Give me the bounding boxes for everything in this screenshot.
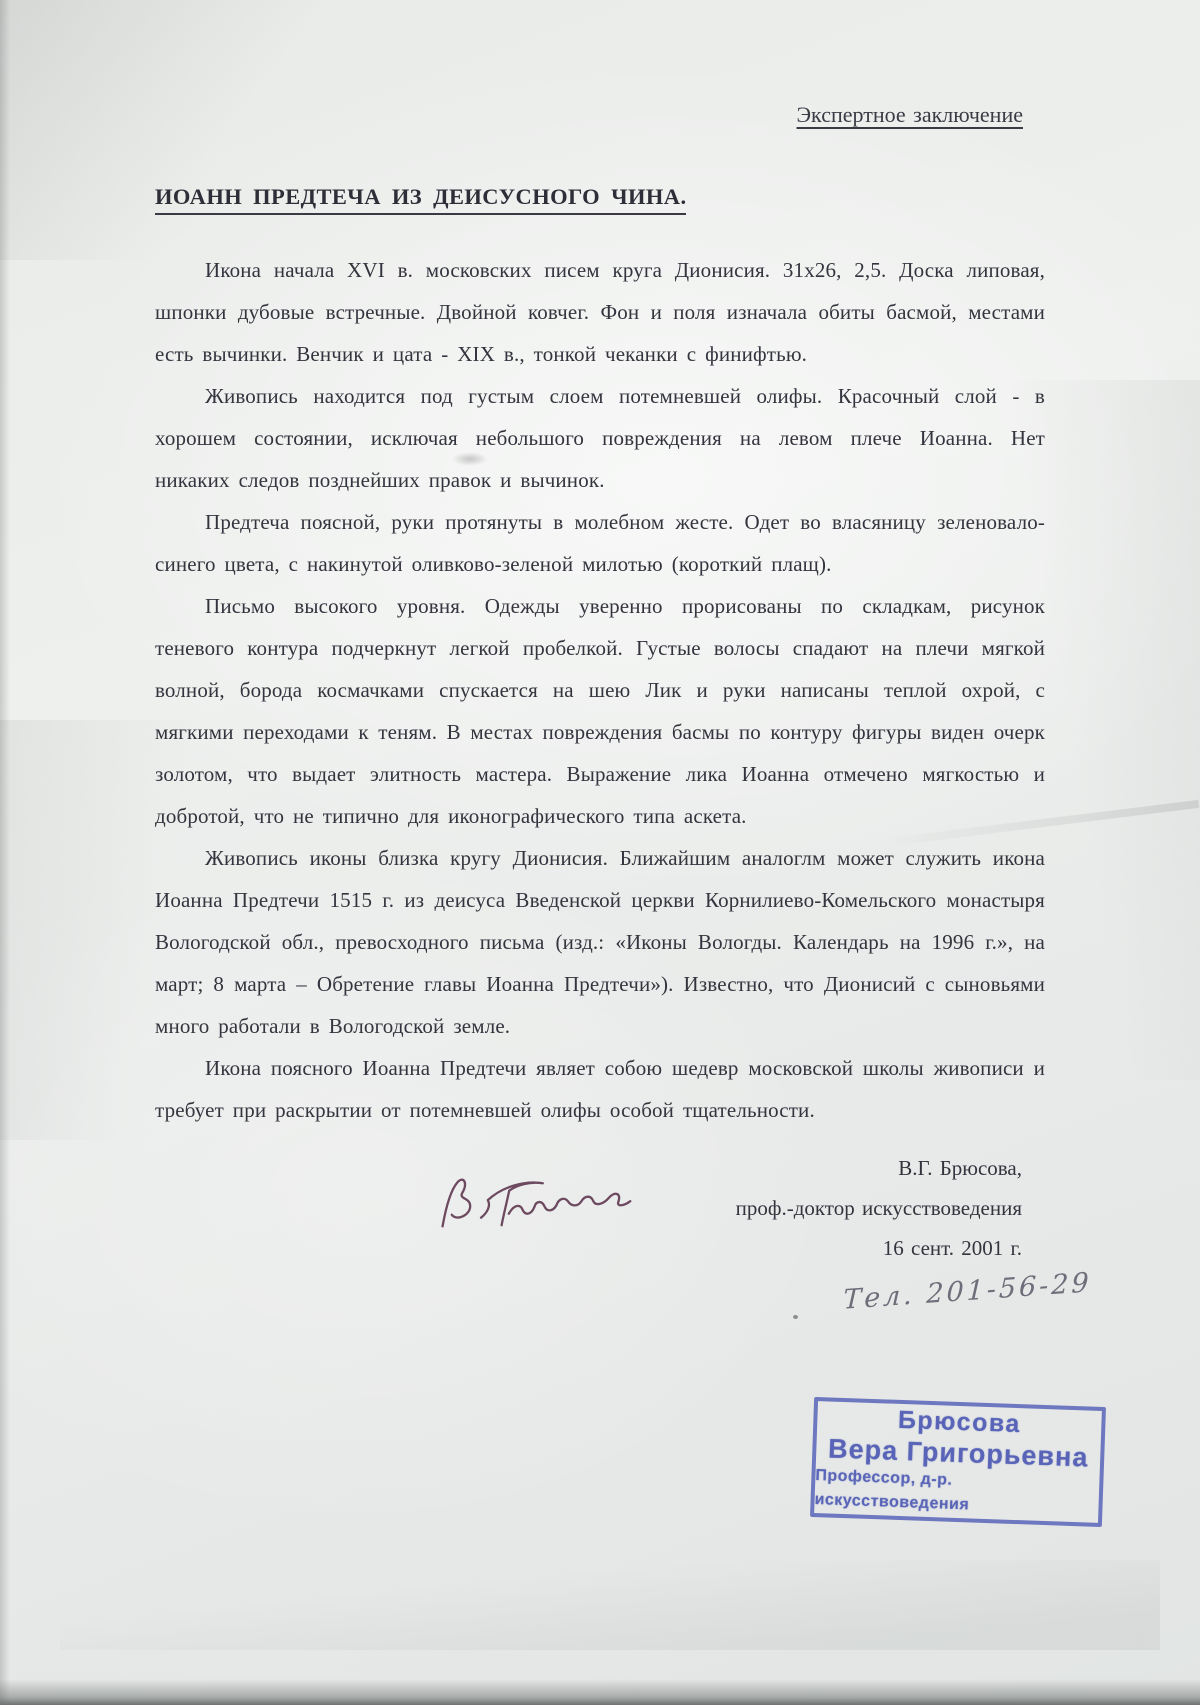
paper-crease: [60, 1560, 1160, 1650]
paragraph-icon-description: Икона начала XVI в. московских писем кру…: [155, 249, 1045, 375]
signature-block: В.Г. Брюсова, проф.-доктор искусствоведе…: [736, 1148, 1022, 1268]
stamp-surname: Брюсова: [897, 1405, 1021, 1439]
paragraph-paint-condition: Живопись находится под густым слоем поте…: [155, 375, 1045, 501]
document-title: ИОАНН ПРЕДТЕЧА ИЗ ДЕИСУСНОГО ЧИНА.: [155, 184, 686, 215]
document-content: Экспертное заключение ИОАНН ПРЕДТЕЧА ИЗ …: [0, 102, 1200, 1131]
paragraph-attribution: Живопись иконы близка кругу Дионисия. Бл…: [155, 837, 1045, 1047]
expert-stamp: Брюсова Вера Григорьевна Профессор, д-р.…: [810, 1397, 1106, 1527]
signature-credentials: проф.-доктор искусствоведения: [736, 1188, 1022, 1228]
document-body: Икона начала XVI в. московских писем кру…: [155, 249, 1045, 1131]
scanned-document-page: Экспертное заключение ИОАНН ПРЕДТЕЧА ИЗ …: [0, 0, 1200, 1705]
paragraph-painting-quality: Письмо высокого уровня. Одежды уверенно …: [155, 585, 1045, 837]
scan-edge-shadow: [0, 1679, 1200, 1705]
paragraph-conclusion: Икона поясного Иоанна Предтечи являет со…: [155, 1047, 1045, 1131]
handwritten-phone-number: Тел. 201-56-29: [843, 1267, 1092, 1316]
paper-speck: [793, 1315, 798, 1319]
paragraph-figure-description: Предтеча поясной, руки протянуты в молеб…: [155, 501, 1045, 585]
signature-name: В.Г. Брюсова,: [736, 1148, 1022, 1188]
document-type-label: Экспертное заключение: [155, 102, 1023, 128]
signature-date: 16 сент. 2001 г.: [736, 1228, 1022, 1268]
handwritten-signature: [426, 1161, 640, 1241]
stamp-title: Профессор, д-р. искусствоведения: [814, 1464, 1100, 1522]
